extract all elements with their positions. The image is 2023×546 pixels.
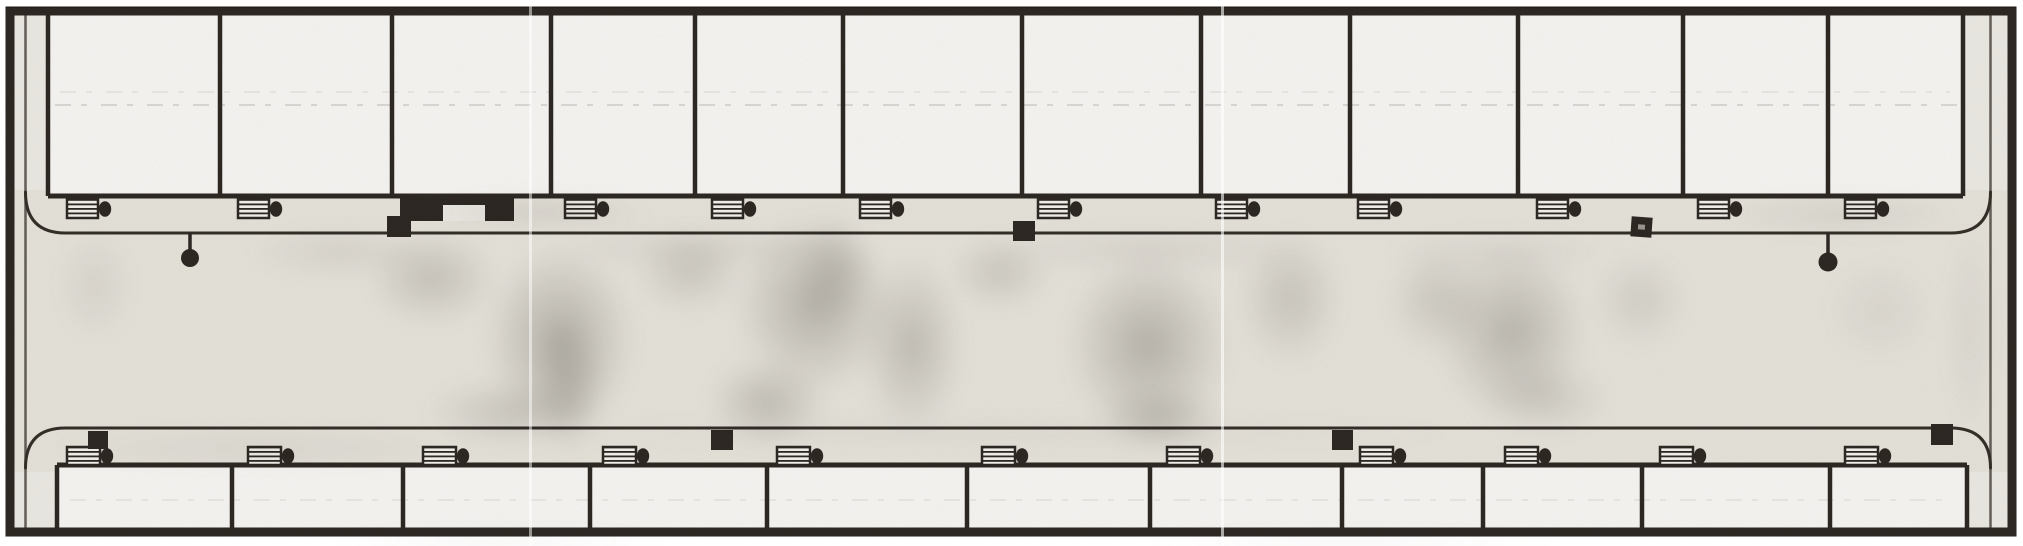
paper-grain: [6, 8, 2016, 537]
floorplan-drawing: [0, 0, 2023, 546]
scanned-mall-floorplan: [0, 0, 2023, 546]
